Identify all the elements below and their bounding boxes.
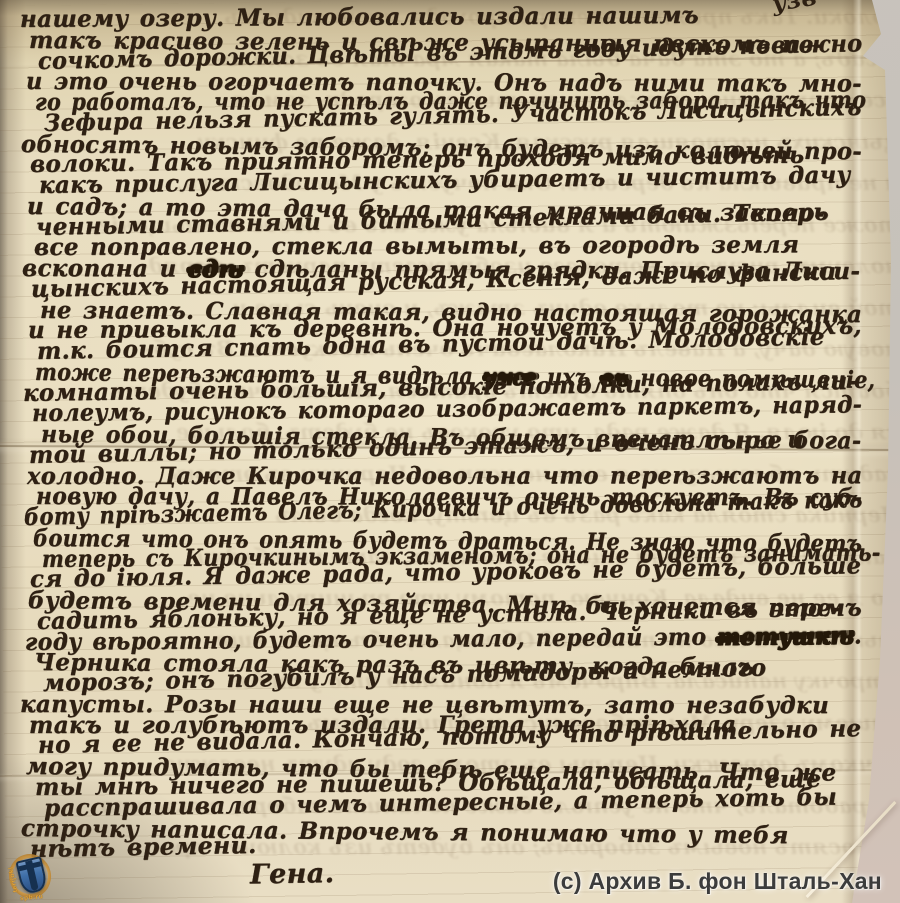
handwritten-line: все поправлено, стекла вымыты, въ огород…: [34, 232, 862, 256]
handwritten-text-block: нашему озеру. Мы любовались издали нашим…: [0, 7, 882, 884]
photographed-letter: волоки. Такъ приятно теперь проходя мимо…: [0, 0, 900, 903]
handwritten-line: холодно. Даже Кирочка недовольна что пер…: [27, 463, 846, 484]
inked-out-word: тетушкѣ: [717, 621, 854, 650]
letter-paper-sheet: волоки. Такъ приятно теперь проходя мимо…: [0, 0, 900, 903]
handwritten-line: нолеумъ, рисунокъ котораго изображаетъ п…: [32, 393, 828, 422]
handwritten-line: нашему озеру. Мы любовались издали нашим…: [20, 2, 862, 28]
copyright-caption: (с) Архив Б. фон Шталь-Хан: [553, 868, 882, 895]
handwritten-line: году вѣроятно, будетъ очень мало, переда…: [25, 623, 823, 650]
